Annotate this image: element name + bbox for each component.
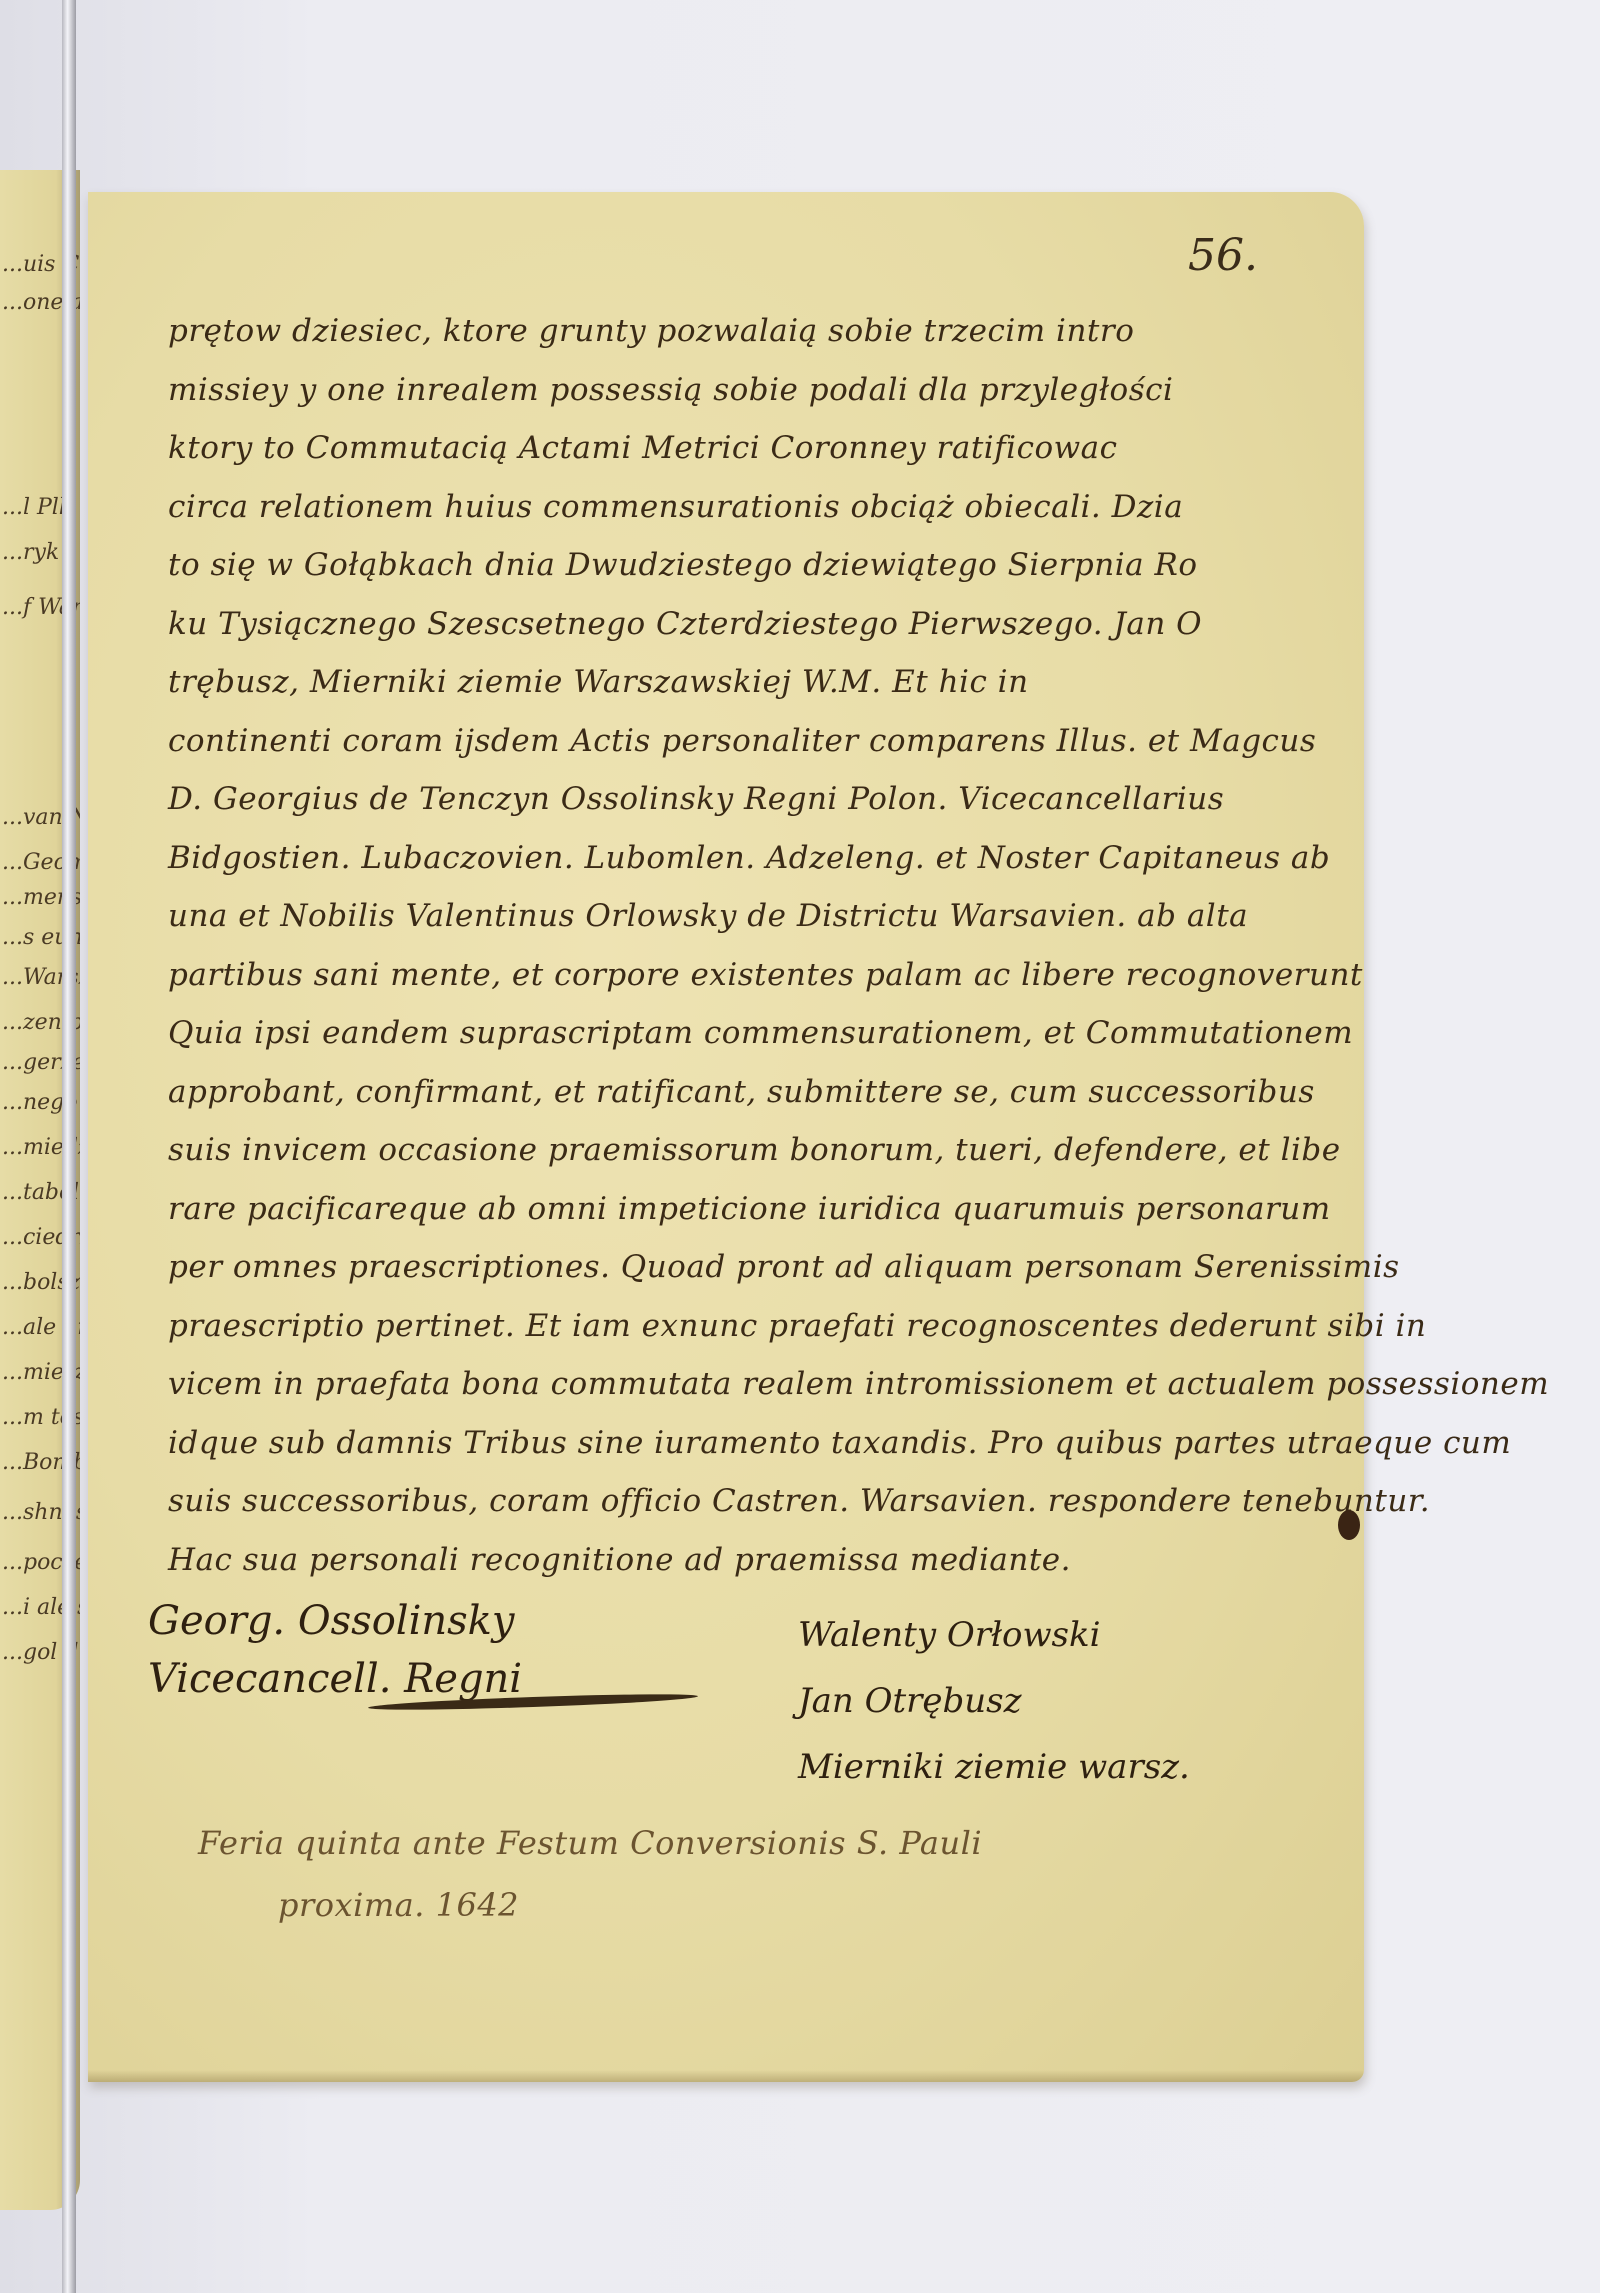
text-line: partibus sani mente, et corpore existent… <box>168 946 1328 1005</box>
text-line: suis successoribus, coram officio Castre… <box>168 1472 1328 1531</box>
ink-blot <box>1338 1510 1360 1540</box>
text-line: Quia ipsi eandem suprascriptam commensur… <box>168 1004 1328 1063</box>
text-line: D. Georgius de Tenczyn Ossolinsky Regni … <box>168 770 1328 829</box>
text-line: prętow dziesiec, ktore grunty pozwalaią … <box>168 302 1328 361</box>
text-line: circa relationem huius commensurationis … <box>168 478 1328 537</box>
signature-ossolinsky: Georg. Ossolinsky <box>148 1592 608 1650</box>
text-line: Bidgostien. Lubaczovien. Lubomlen. Adzel… <box>168 829 1328 888</box>
text-line: trębusz, Mierniki ziemie Warszawskiej W.… <box>168 653 1328 712</box>
date-note: Feria quinta ante Festum Conversionis S.… <box>198 1812 1298 1936</box>
text-line: missiey y one inrealem possessią sobie p… <box>168 361 1328 420</box>
folio-number: 56. <box>1188 230 1258 281</box>
text-line: idque sub damnis Tribus sine iuramento t… <box>168 1414 1328 1473</box>
text-line: vicem in praefata bona commutata realem … <box>168 1355 1328 1414</box>
signature-block-right: Walenty Orłowski Jan Otrębusz Mierniki z… <box>798 1602 1358 1800</box>
signature-surveyor-title: Mierniki ziemie warsz. <box>798 1734 1358 1800</box>
text-line: ktory to Commutacią Actami Metrici Coron… <box>168 419 1328 478</box>
body-text: prętow dziesiec, ktore grunty pozwalaią … <box>168 302 1328 1589</box>
signature-otrebusz: Jan Otrębusz <box>798 1668 1358 1734</box>
text-line: una et Nobilis Valentinus Orlowsky de Di… <box>168 887 1328 946</box>
text-line: to się w Gołąbkach dnia Dwudziestego dzi… <box>168 536 1328 595</box>
signature-orlowski: Walenty Orłowski <box>798 1602 1358 1668</box>
text-line: per omnes praescriptiones. Quoad pront a… <box>168 1238 1328 1297</box>
text-line: Hac sua personali recognitione ad praemi… <box>168 1531 1328 1590</box>
signature-block-left: Georg. Ossolinsky Vicecancell. Regni <box>148 1592 608 1708</box>
text-line: continenti coram ijsdem Actis personalit… <box>168 712 1328 771</box>
text-line: suis invicem occasione praemissorum bono… <box>168 1121 1328 1180</box>
date-line: proxima. 1642 <box>198 1874 1298 1936</box>
text-line: approbant, confirmant, et ratificant, su… <box>168 1063 1328 1122</box>
text-line: rare pacificareque ab omni impeticione i… <box>168 1180 1328 1239</box>
date-line: Feria quinta ante Festum Conversionis S.… <box>198 1812 1298 1874</box>
manuscript-page: 56. prętow dziesiec, ktore grunty pozwal… <box>88 192 1364 2082</box>
book-gutter <box>62 0 76 2293</box>
text-line: praescriptio pertinet. Et iam exnunc pra… <box>168 1297 1328 1356</box>
text-line: ku Tysiącznego Szescsetnego Czterdzieste… <box>168 595 1328 654</box>
